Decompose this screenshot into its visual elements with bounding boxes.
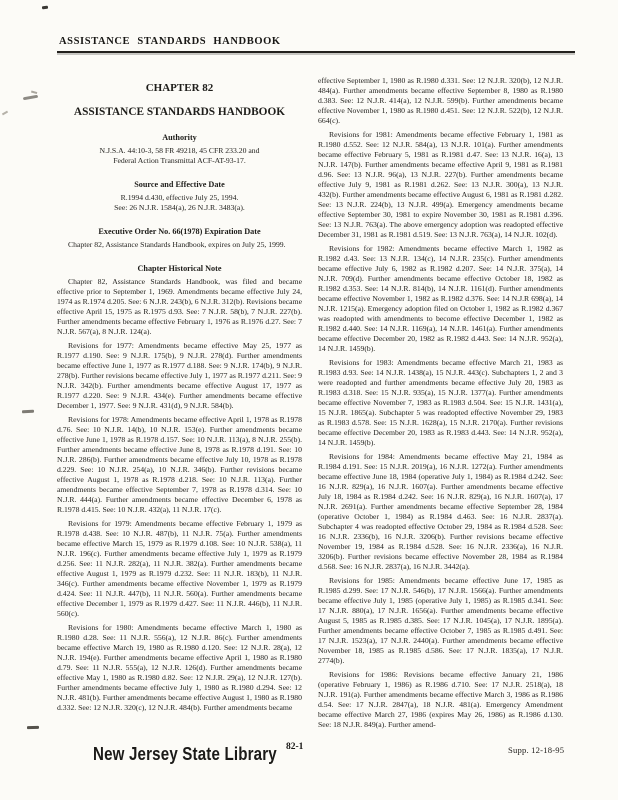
library-stamp: New Jersey State Library [93,744,277,765]
document-page: ASSISTANCE STANDARDS HANDBOOK CHAPTER 82… [0,0,618,800]
running-header-title: ASSISTANCE STANDARDS HANDBOOK [59,36,281,47]
chapter-title-heading: ASSISTANCE STANDARDS HANDBOOK [57,105,302,119]
page-number: 82-1 [286,742,303,752]
revisions-1985-paragraph: Revisions for 1985: Amendments became ef… [318,576,563,666]
executive-order-heading: Executive Order No. 66(1978) Expiration … [57,227,302,237]
revisions-1986-paragraph: Revisions for 1986: Revisions became eff… [318,670,563,730]
authority-heading: Authority [57,133,302,143]
authority-text-line2: Federal Action Transmittal ACF-AT-93-17. [57,156,302,166]
revisions-1980-continued-paragraph: effective September 1, 1980 as R.1980 d.… [318,76,563,126]
source-effective-date-heading: Source and Effective Date [57,180,302,190]
supplement-date: Supp. 12-18-95 [508,745,564,755]
pencil-dash-mark-1 [22,410,34,413]
right-column: effective September 1, 1980 as R.1980 d.… [318,76,563,730]
historical-note-intro-paragraph: Chapter 82, Assistance Standards Handboo… [57,277,302,337]
revisions-1979-paragraph: Revisions for 1979: Amendments became ef… [57,519,302,619]
executive-order-text: Chapter 82, Assistance Standards Handboo… [57,240,302,250]
source-text-line1: R.1994 d.430, effective July 25, 1994. [57,193,302,203]
revisions-1981-paragraph: Revisions for 1981: Amendments became ef… [318,130,563,240]
revisions-1977-paragraph: Revisions for 1977: Amendments became ef… [57,341,302,411]
pencil-squiggle-mark [23,95,38,101]
left-column: CHAPTER 82 ASSISTANCE STANDARDS HANDBOOK… [57,76,302,713]
revisions-1978-paragraph: Revisions for 1978: Amendments became ef… [57,415,302,515]
revisions-1983-paragraph: Revisions for 1983: Amendments became ef… [318,358,563,448]
scan-speck-mark [42,6,48,10]
header-rule [57,51,575,53]
pencil-dash-mark-2 [27,726,39,729]
chapter-number-heading: CHAPTER 82 [57,82,302,95]
revisions-1980-paragraph: Revisions for 1980: Amendments became ef… [57,623,302,713]
pencil-edge-mark [2,111,8,116]
two-column-body: CHAPTER 82 ASSISTANCE STANDARDS HANDBOOK… [57,76,563,730]
revisions-1984-paragraph: Revisions for 1984: Amendments became ef… [318,452,563,572]
source-text-line2: See: 26 N.J.R. 1584(a), 26 N.J.R. 3483(a… [57,203,302,213]
authority-text-line1: N.J.S.A. 44:10-3, 58 FR 49218, 45 CFR 23… [57,146,302,156]
revisions-1982-paragraph: Revisions for 1982: Amendments became ef… [318,244,563,354]
chapter-historical-note-heading: Chapter Historical Note [57,264,302,274]
